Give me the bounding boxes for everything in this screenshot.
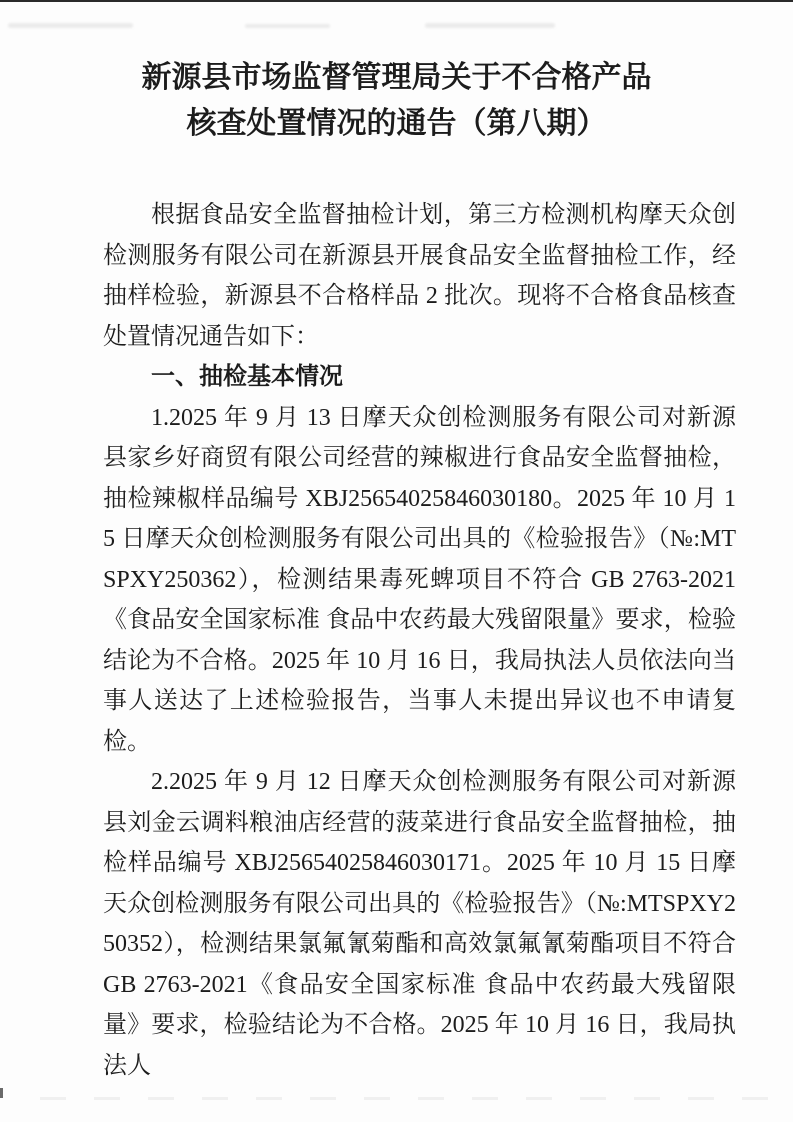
notice-title-line1: 新源县市场监督管理局关于不合格产品 [50, 55, 743, 101]
scan-artifact-smudge [425, 23, 555, 28]
section-heading-basic-situation: 一、抽检基本情况 [103, 357, 736, 398]
item-2-paragraph: 2.2025 年 9 月 12 日摩天众创检测服务有限公司对新源县刘金云调料粮油… [103, 762, 736, 1086]
notice-title: 新源县市场监督管理局关于不合格产品 核查处置情况的通告（第八期） [50, 55, 743, 147]
item-1-paragraph: 1.2025 年 9 月 13 日摩天众创检测服务有限公司对新源县家乡好商贸有限… [103, 398, 736, 763]
intro-paragraph: 根据食品安全监督抽检计划，第三方检测机构摩天众创检测服务有限公司在新源县开展食品… [103, 195, 736, 357]
document-page: 新源县市场监督管理局关于不合格产品 核查处置情况的通告（第八期） 根据食品安全监… [0, 0, 793, 1122]
scan-artifact-smudge [8, 23, 133, 28]
scan-artifact-bottom-dots [40, 1097, 783, 1100]
scan-artifact-left-notch [0, 1088, 3, 1098]
notice-title-line2: 核查处置情况的通告（第八期） [50, 101, 743, 147]
scan-artifact-top-edge [0, 0, 793, 2]
scan-artifact-smudge [245, 24, 330, 28]
notice-body: 根据食品安全监督抽检计划，第三方检测机构摩天众创检测服务有限公司在新源县开展食品… [103, 195, 736, 1086]
